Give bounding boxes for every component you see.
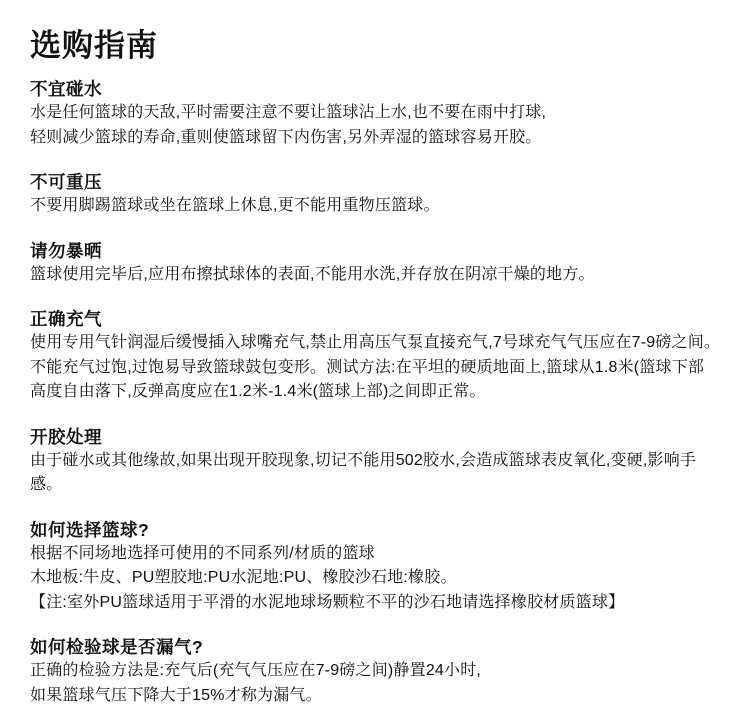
section-heading: 请勿暴晒 [30,239,722,263]
guide-section-glue-separation: 开胶处理 由于碰水或其他缘故,如果出现开胶现象,切记不能用502胶水,会造成篮球… [30,425,722,498]
section-heading: 不可重压 [30,170,722,194]
section-body: 使用专用气针润湿后缓慢插入球嘴充气,禁止用高压气泵直接充气,7号球充气气压应在7… [30,331,722,405]
section-body: 由于碰水或其他缘故,如果出现开胶现象,切记不能用502胶水,会造成篮球表皮氧化,… [30,449,722,498]
purchase-guide-page: 选购指南 不宜碰水 水是任何篮球的天敌,平时需要注意不要让篮球沾上水,也不要在雨… [0,0,750,706]
section-body: 根据不同场地选择可使用的不同系列/材质的篮球 木地板:牛皮、PU塑胶地:PU水泥… [30,542,722,616]
page-title: 选购指南 [30,29,722,63]
guide-section-no-heavy-pressure: 不可重压 不要用脚踢篮球或坐在篮球上休息,更不能用重物压篮球。 [30,170,722,219]
guide-section-correct-inflation: 正确充气 使用专用气针润湿后缓慢插入球嘴充气,禁止用高压气泵直接充气,7号球充气… [30,307,722,405]
guide-section-leak-test: 如何检验球是否漏气? 正确的检验方法是:充气后(充气气压应在7-9磅之间)静置2… [30,635,722,706]
guide-section-no-water: 不宜碰水 水是任何篮球的天敌,平时需要注意不要让篮球沾上水,也不要在雨中打球, … [30,77,722,150]
section-heading: 不宜碰水 [30,77,722,101]
section-body: 正确的检验方法是:充气后(充气气压应在7-9磅之间)静置24小时, 如果篮球气压… [30,659,722,706]
section-body: 不要用脚踢篮球或坐在篮球上休息,更不能用重物压篮球。 [30,194,722,219]
section-heading: 如何选择篮球? [30,518,722,542]
section-heading: 正确充气 [30,307,722,331]
guide-section-how-to-choose: 如何选择篮球? 根据不同场地选择可使用的不同系列/材质的篮球 木地板:牛皮、PU… [30,518,722,616]
section-heading: 如何检验球是否漏气? [30,635,722,659]
guide-section-no-sun-exposure: 请勿暴晒 篮球使用完毕后,应用布擦拭球体的表面,不能用水洗,并存放在阴凉干燥的地… [30,239,722,288]
section-heading: 开胶处理 [30,425,722,449]
section-body: 篮球使用完毕后,应用布擦拭球体的表面,不能用水洗,并存放在阴凉干燥的地方。 [30,263,722,288]
section-body: 水是任何篮球的天敌,平时需要注意不要让篮球沾上水,也不要在雨中打球, 轻则减少篮… [30,101,722,150]
